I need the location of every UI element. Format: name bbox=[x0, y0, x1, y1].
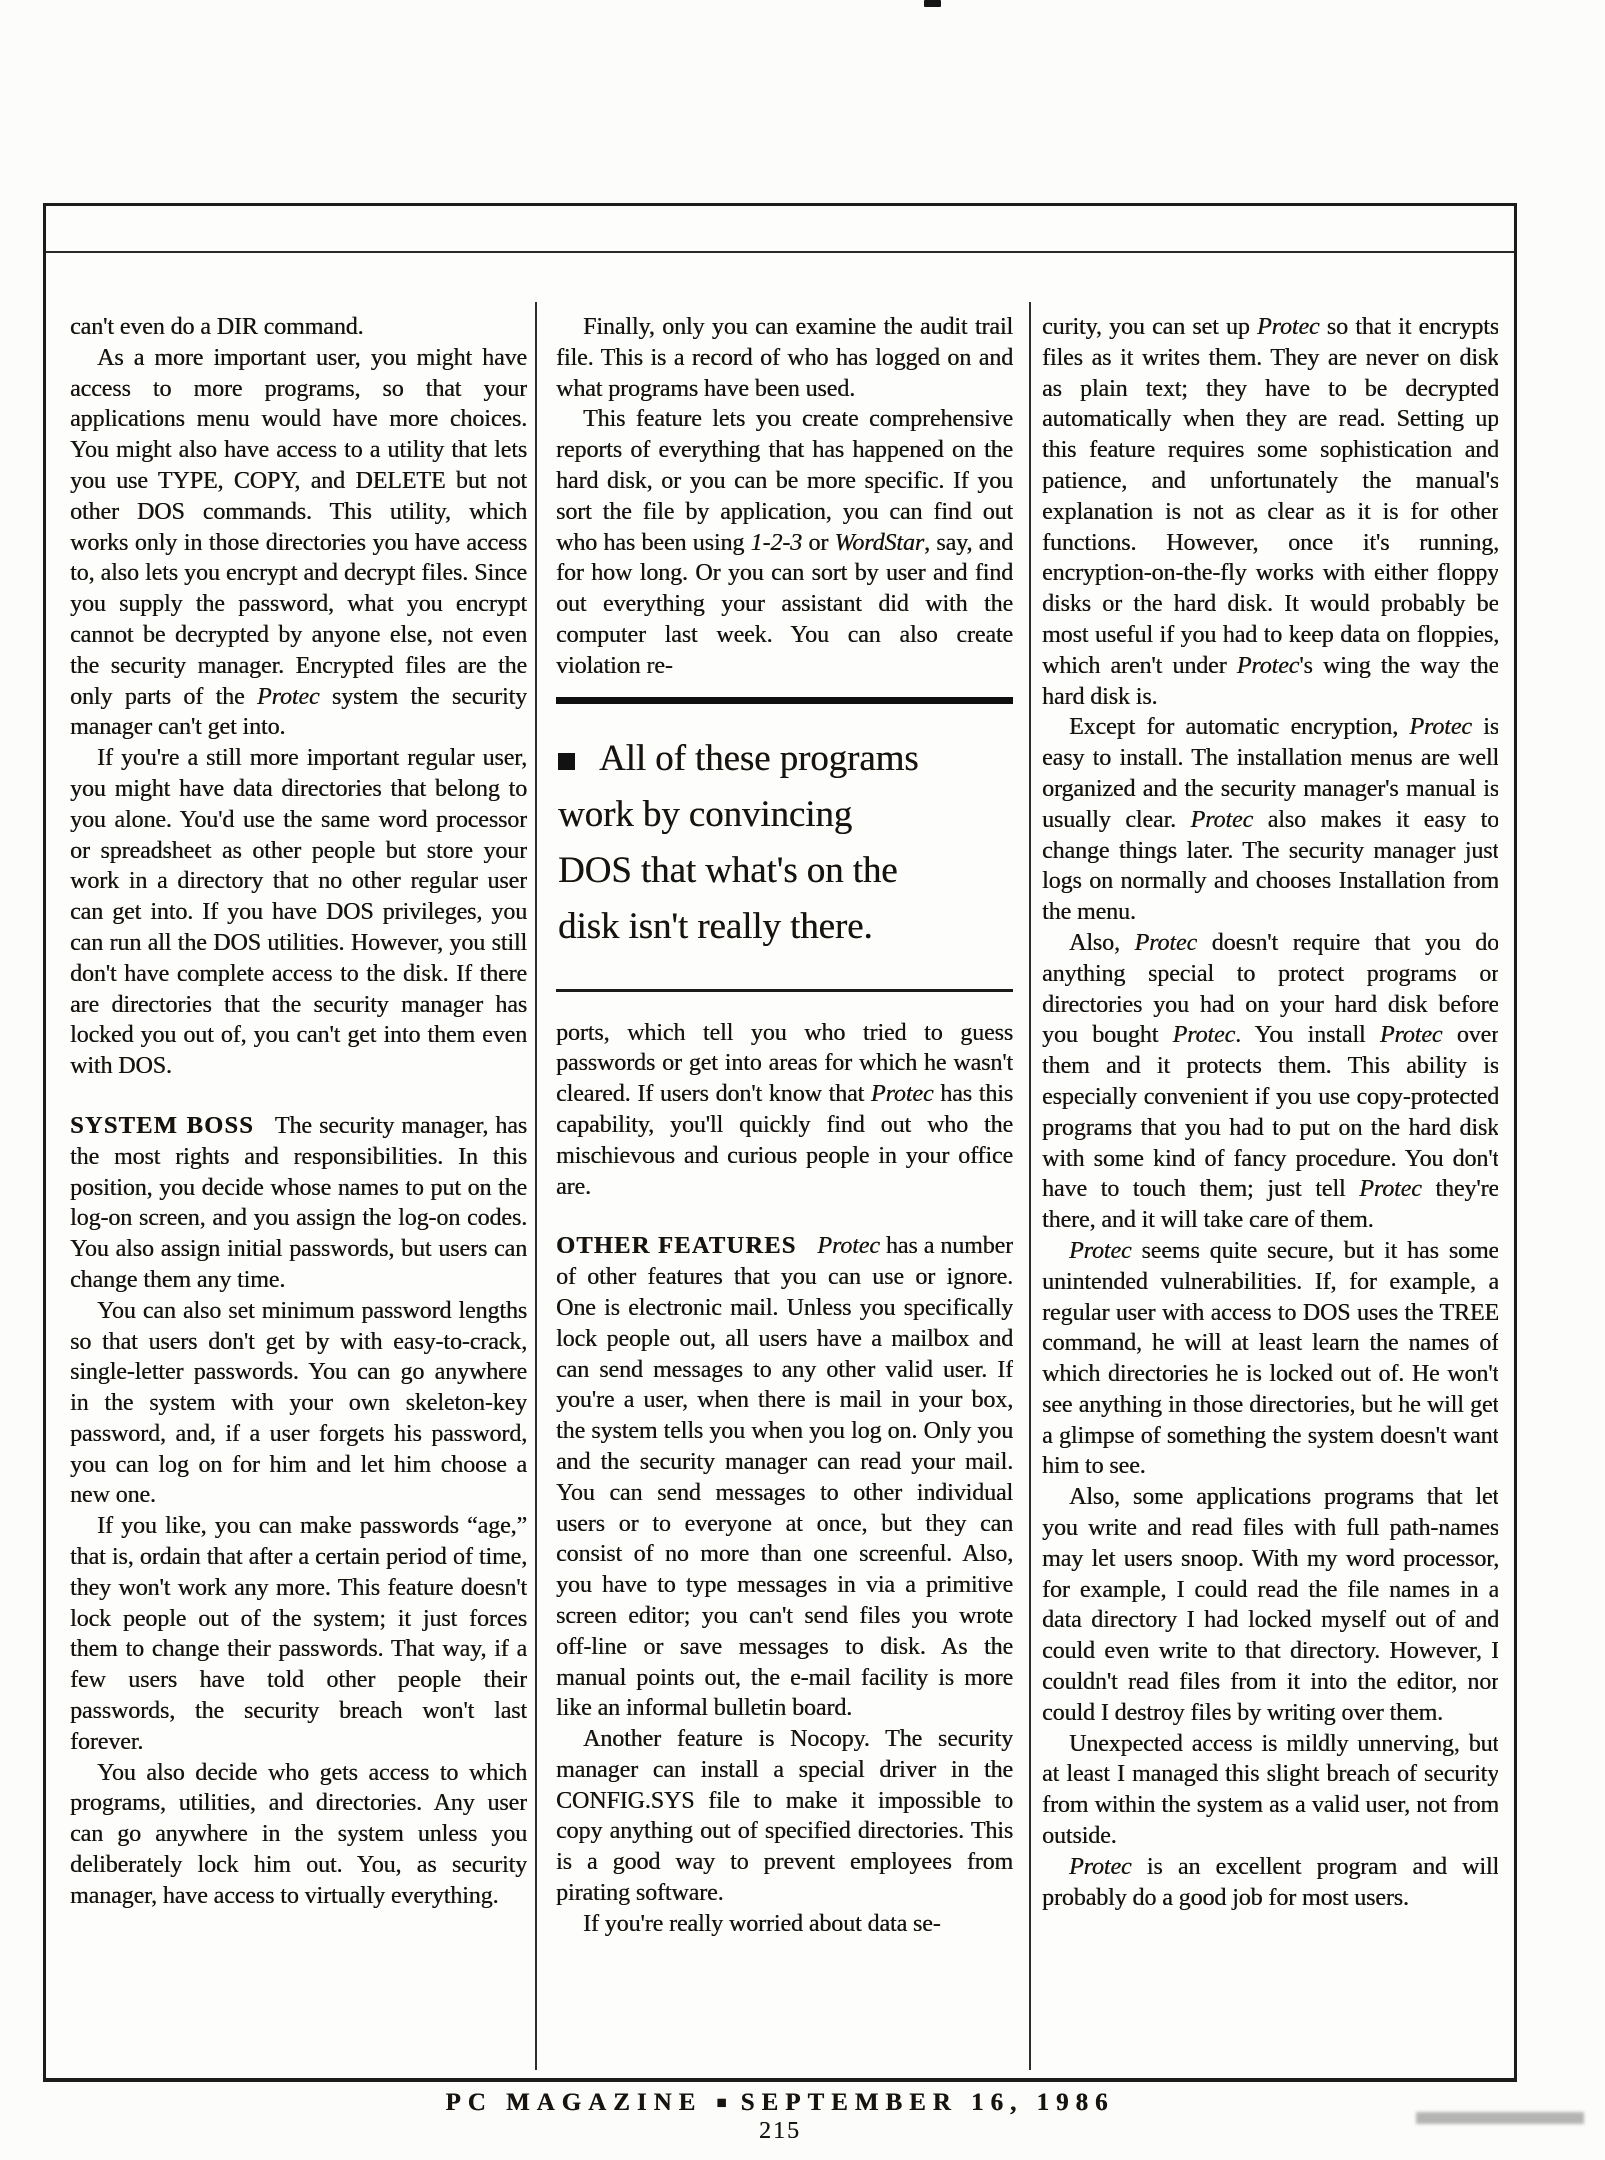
body-text: can't even do a DIR command. bbox=[70, 314, 363, 340]
paragraph: Also, Protec doesn't require that you do… bbox=[1042, 928, 1498, 1236]
paragraph: Another feature is Nocopy. The security … bbox=[556, 1724, 1013, 1909]
footer-folio-line: PC MAGAZINE■SEPTEMBER 16, 1986 bbox=[43, 2089, 1517, 2117]
pull-quote-line: disk isn't really there. bbox=[558, 899, 1011, 955]
paragraph: Protec is an excellent program and will … bbox=[1042, 1852, 1498, 1914]
section-header: OTHER FEATURES bbox=[556, 1232, 796, 1259]
italic-text: WordStar bbox=[835, 530, 924, 556]
italic-text: Protec bbox=[871, 1081, 933, 1107]
italic-text: Protec bbox=[1069, 1238, 1131, 1264]
section-paragraph: SYSTEM BOSSThe security manager, has the… bbox=[70, 1111, 527, 1296]
paragraph: Protec seems quite secure, but it has so… bbox=[1042, 1236, 1498, 1482]
italic-text: Protec bbox=[1359, 1176, 1421, 1202]
body-text: Another feature is Nocopy. The security … bbox=[556, 1726, 1013, 1906]
pull-quote-line: DOS that what's on the bbox=[558, 843, 1011, 899]
italic-text: Protec bbox=[1069, 1854, 1131, 1880]
pull-quote-line: work by convincing bbox=[558, 787, 1011, 843]
body-text: If you're really worried about data se- bbox=[583, 1911, 941, 1937]
body-text: Finally, only you can examine the audit … bbox=[556, 314, 1013, 402]
scan-speck-artifact bbox=[924, 0, 941, 7]
italic-text: Protec bbox=[1191, 807, 1253, 833]
magazine-page-scan: { "page": { "publication": "PC MAGAZINE"… bbox=[0, 0, 1605, 2160]
page-border-frame: can't even do a DIR command.As a more im… bbox=[43, 203, 1517, 2082]
italic-text: Protec bbox=[1135, 930, 1197, 956]
body-text: Also, bbox=[1069, 930, 1135, 956]
paragraph: This feature lets you create comprehensi… bbox=[556, 404, 1013, 681]
paragraph: Except for automatic encryption, Protec … bbox=[1042, 712, 1498, 928]
publication-name: PC MAGAZINE bbox=[445, 2089, 702, 2116]
paragraph: If you're really worried about data se- bbox=[556, 1909, 1013, 1940]
paragraph: As a more important user, you might have… bbox=[70, 343, 527, 743]
italic-text: Protec bbox=[1409, 714, 1471, 740]
body-text: You can also set minimum password length… bbox=[70, 1298, 527, 1509]
italic-text: Protec bbox=[1257, 314, 1319, 340]
article-column-1: can't even do a DIR command.As a more im… bbox=[70, 312, 527, 2070]
paragraph: Finally, only you can examine the audit … bbox=[556, 312, 1013, 404]
pull-quote: All of these programswork by convincingD… bbox=[556, 697, 1013, 992]
body-text: or bbox=[802, 530, 835, 556]
body-text: You also decide who gets access to which… bbox=[70, 1760, 527, 1909]
italic-text: Protec bbox=[257, 684, 319, 710]
paragraph: If you're a still more important regular… bbox=[70, 743, 527, 1082]
article-column-2: Finally, only you can examine the audit … bbox=[556, 312, 1013, 2070]
section-paragraph: OTHER FEATURESProtec has a number of oth… bbox=[556, 1231, 1013, 1724]
paragraph: can't even do a DIR command. bbox=[70, 312, 527, 343]
body-text: As a more important user, you might have… bbox=[70, 345, 527, 710]
italic-text: Protec bbox=[1237, 653, 1299, 679]
paragraph: ports, which tell you who tried to guess… bbox=[556, 1018, 1013, 1203]
body-text: has a number of other features that you … bbox=[556, 1233, 1013, 1721]
pull-quote-line: All of these programs bbox=[558, 731, 1011, 787]
body-text: If you like, you can make passwords “age… bbox=[70, 1513, 527, 1755]
italic-text: 1-2-3 bbox=[751, 530, 803, 556]
paragraph: If you like, you can make passwords “age… bbox=[70, 1511, 527, 1757]
body-text: The security manager, has the most right… bbox=[70, 1113, 527, 1293]
top-banner-strip bbox=[46, 206, 1514, 253]
body-text: curity, you can set up bbox=[1042, 314, 1257, 340]
body-text: so that it encrypts files as it writes t… bbox=[1042, 314, 1498, 679]
italic-text: Protec bbox=[1380, 1022, 1442, 1048]
body-text: Also, some applications programs that le… bbox=[1042, 1484, 1498, 1726]
body-text: . You install bbox=[1235, 1022, 1380, 1048]
issue-date: SEPTEMBER 16, 1986 bbox=[741, 2089, 1115, 2116]
article-column-3: curity, you can set up Protec so that it… bbox=[1042, 312, 1498, 2070]
paragraph: Also, some applications programs that le… bbox=[1042, 1482, 1498, 1728]
article-body: can't even do a DIR command.As a more im… bbox=[70, 312, 1498, 2070]
body-text: If you're a still more important regular… bbox=[70, 745, 527, 1079]
paragraph: Unexpected access is mildly unnerving, b… bbox=[1042, 1729, 1498, 1852]
body-text: Unexpected access is mildly unnerving, b… bbox=[1042, 1731, 1498, 1849]
page-number: 215 bbox=[43, 2118, 1517, 2145]
body-text: Except for automatic encryption, bbox=[1069, 714, 1409, 740]
paragraph: You can also set minimum password length… bbox=[70, 1296, 527, 1512]
paragraph: curity, you can set up Protec so that it… bbox=[1042, 312, 1498, 712]
italic-text: Protec bbox=[817, 1233, 879, 1259]
italic-text: Protec bbox=[1173, 1022, 1235, 1048]
section-header: SYSTEM BOSS bbox=[70, 1112, 254, 1139]
body-text: seems quite secure, but it has some unin… bbox=[1042, 1238, 1498, 1480]
square-bullet-icon bbox=[558, 753, 575, 770]
paragraph: You also decide who gets access to which… bbox=[70, 1758, 527, 1912]
square-bullet-icon: ■ bbox=[716, 2093, 726, 2113]
page-footer: PC MAGAZINE■SEPTEMBER 16, 1986 215 bbox=[43, 2089, 1517, 2145]
